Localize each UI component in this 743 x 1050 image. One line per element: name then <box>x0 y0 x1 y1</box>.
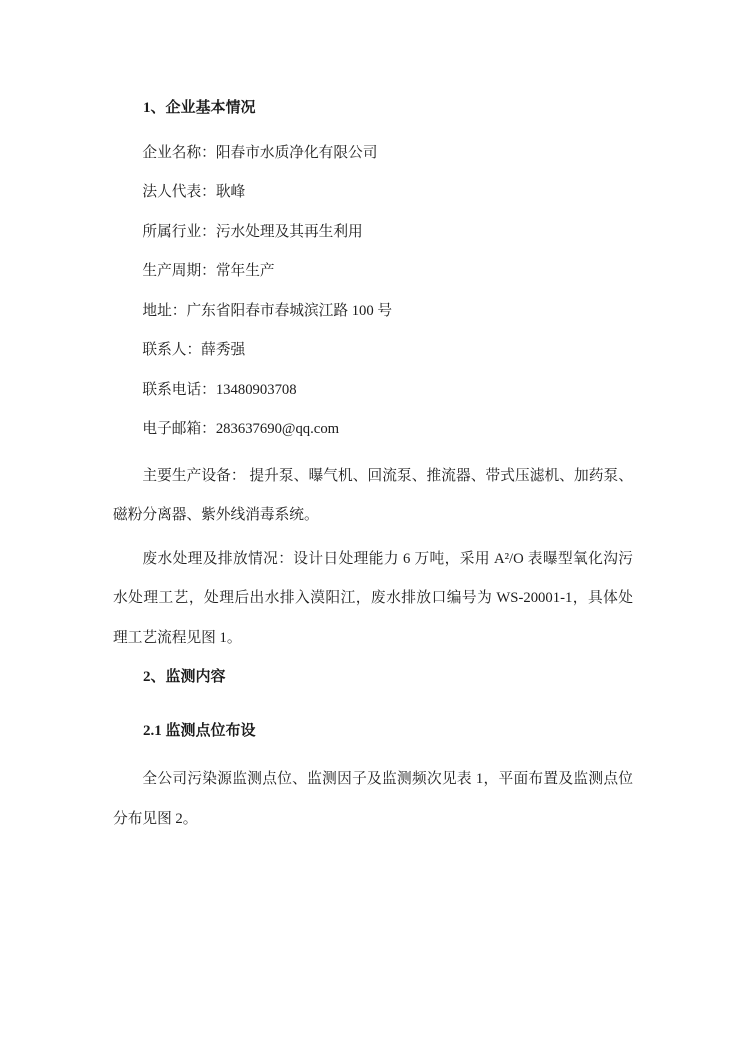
document-page: 1、企业基本情况 企业名称：阳春市水质净化有限公司 法人代表：耿峰 所属行业：污… <box>0 0 743 1050</box>
para-company-name: 企业名称：阳春市水质净化有限公司 <box>113 134 633 174</box>
para-industry: 所属行业：污水处理及其再生利用 <box>113 213 633 253</box>
para-contact-person: 联系人：薛秀强 <box>113 331 633 371</box>
para-email: 电子邮箱：283637690@qq.com <box>113 410 633 450</box>
para-address: 地址：广东省阳春市春城滨江路 100 号 <box>113 292 633 332</box>
para-contact-phone: 联系电话：13480903708 <box>113 371 633 411</box>
para-wastewater-treatment: 废水处理及排放情况：设计日处理能力 6 万吨，采用 A²/O 表曝型氧化沟污水处… <box>113 540 633 659</box>
para-legal-representative: 法人代表：耿峰 <box>113 173 633 213</box>
section-2-heading: 2、监测内容 <box>113 658 633 698</box>
para-monitoring-intro: 全公司污染源监测点位、监测因子及监测频次见表 1，平面布置及监测点位分布见图 2… <box>113 760 633 839</box>
para-production-cycle: 生产周期：常年生产 <box>113 252 633 292</box>
section-1-heading: 1、企业基本情况 <box>113 89 633 129</box>
para-main-equipment: 主要生产设备： 提升泵、曝气机、回流泵、推流器、带式压滤机、加药泵、磁粉分离器、… <box>113 457 633 536</box>
section-2-1-subheading: 2.1 监测点位布设 <box>113 712 633 752</box>
